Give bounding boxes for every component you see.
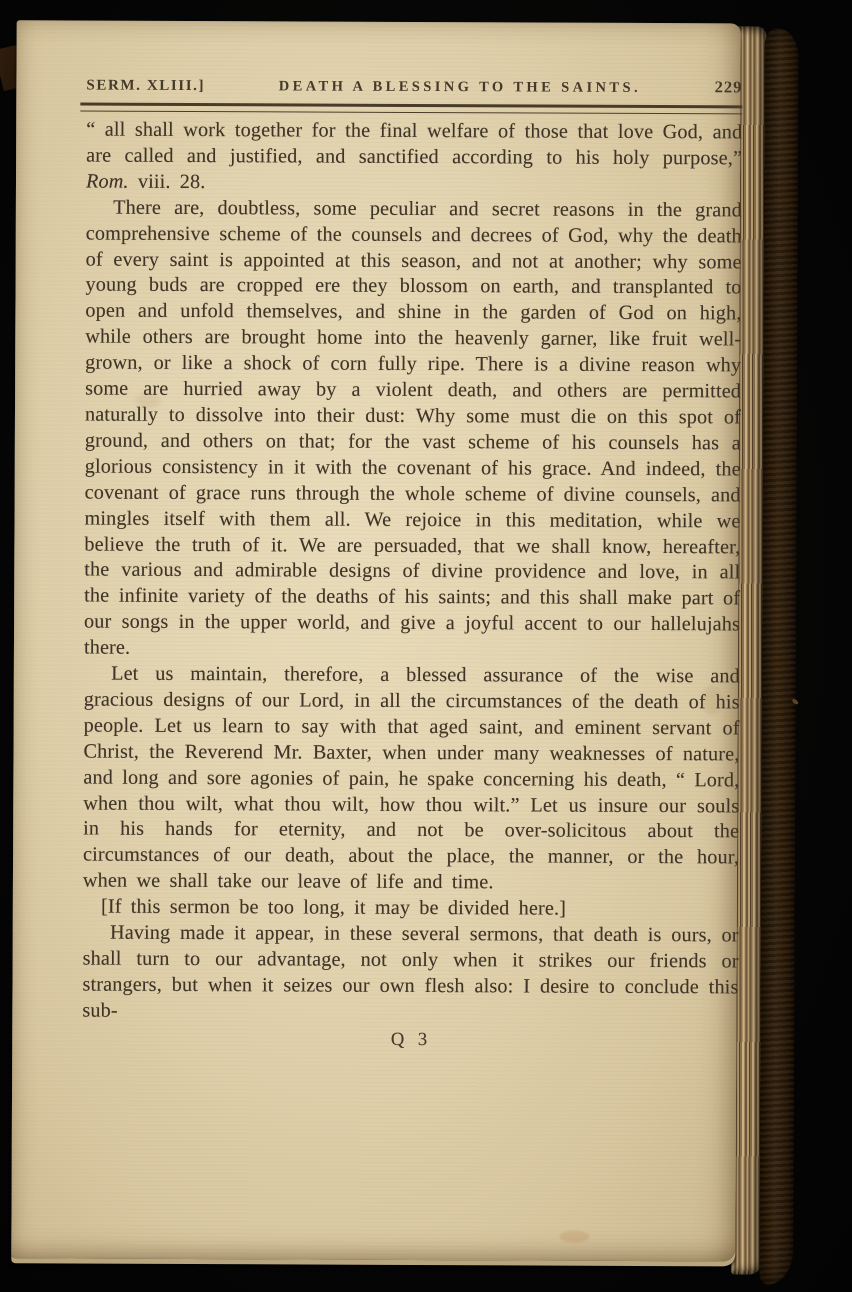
book-page: SERM. XLIII.] DEATH A BLESSING TO THE SA… (11, 20, 740, 1261)
signature-mark: Q 3 (82, 1026, 738, 1055)
header-rule (80, 103, 742, 115)
book: SERM. XLIII.] DEATH A BLESSING TO THE SA… (0, 0, 852, 1292)
body-text: “ all shall work together for the final … (82, 118, 742, 1055)
scripture-reference-verse: viii. 28. (129, 171, 206, 193)
book-cover-edge (759, 28, 798, 1284)
paper-stain (559, 1231, 589, 1243)
sermon-number-label: SERM. XLIII.] (86, 78, 205, 96)
photo-background: SERM. XLIII.] DEATH A BLESSING TO THE SA… (0, 0, 852, 1292)
running-title: DEATH A BLESSING TO THE SAINTS. (205, 78, 715, 97)
paragraph: Having made it appear, in these several … (82, 921, 738, 1027)
paragraph: There are, doubtless, some peculiar and … (84, 195, 742, 664)
scripture-reference: Rom. (86, 170, 129, 192)
paragraph: Let us maintain, therefore, a blessed as… (83, 662, 740, 898)
paragraph-quote: “ all shall work together for the final … (86, 118, 742, 199)
running-header: SERM. XLIII.] DEATH A BLESSING TO THE SA… (86, 75, 742, 98)
page-number: 229 (715, 77, 743, 97)
quote-text: “ all shall work together for the final … (86, 119, 742, 170)
bracket-note: [If this sermon be too long, it may be d… (83, 895, 739, 924)
